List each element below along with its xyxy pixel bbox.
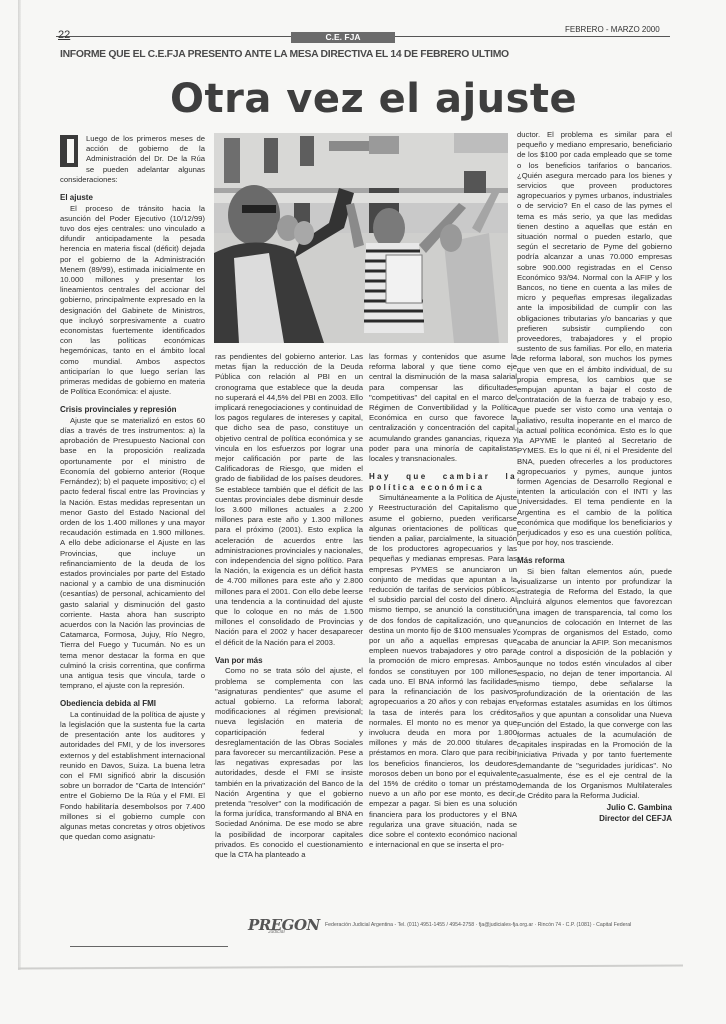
article-column-2: ras pendientes del gobierno anterior. La… — [215, 352, 363, 868]
dropcap-box-icon — [60, 135, 78, 167]
section-heading: Más reforma — [517, 556, 672, 567]
article-photo — [214, 133, 508, 343]
scan-page-bottom-edge — [18, 965, 683, 970]
article-column-3: las formas y contenidos que asume la ref… — [369, 352, 517, 858]
article-kicker: INFORME QUE EL C.E.FJA PRESENTO ANTE LA … — [60, 49, 509, 60]
footer-contact-info: Federación Judicial Argentina - Tel. (01… — [325, 922, 631, 928]
page-number: 22 — [58, 29, 70, 41]
section-heading: Van por más — [215, 656, 363, 667]
section-heading: Hay que cambiar la política económica — [369, 472, 517, 493]
article-intro: Luego de los primeros meses de acción de… — [60, 134, 205, 185]
section-heading: El ajuste — [60, 193, 205, 204]
paragraph: Ajuste que se materializó en estos 60 dí… — [60, 416, 205, 691]
author-title: Director del CEFJA — [517, 813, 672, 824]
paragraph: ras pendientes del gobierno anterior. La… — [215, 352, 363, 648]
footer-rule — [70, 946, 228, 947]
section-tag: C.E. FJA — [291, 32, 395, 43]
paragraph: Como no se trata sólo del ajuste, el pro… — [215, 666, 363, 860]
pregon-logo-subtitle: Judicial — [268, 929, 285, 935]
intro-text: Luego de los primeros meses de acción de… — [60, 134, 205, 185]
paragraph: La continuidad de la política de ajuste … — [60, 710, 205, 843]
paragraph: El proceso de tránsito hacia la asunción… — [60, 204, 205, 398]
paragraph: las formas y contenidos que asume la ref… — [369, 352, 517, 464]
section-heading: Obediencia debida al FMI — [60, 699, 205, 710]
article-column-4: ductor. El problema es similar para el p… — [517, 130, 672, 824]
issue-date: FEBRERO - MARZO 2000 — [565, 25, 660, 34]
article-headline: Otra vez el ajuste — [170, 76, 577, 122]
paragraph: ductor. El problema es similar para el p… — [517, 130, 672, 548]
author-name: Julio C. Gambina — [517, 802, 672, 813]
article-column-1: Luego de los primeros meses de acción de… — [60, 134, 205, 851]
protest-photo-illustration — [214, 133, 508, 343]
scan-page-edge — [18, 0, 21, 970]
paragraph: Si bien faltan elementos aún, puede visu… — [517, 567, 672, 802]
section-heading: Crisis provinciales y represión — [60, 405, 205, 416]
paragraph: Simultáneamente a la Política de Ajuste … — [369, 493, 517, 850]
